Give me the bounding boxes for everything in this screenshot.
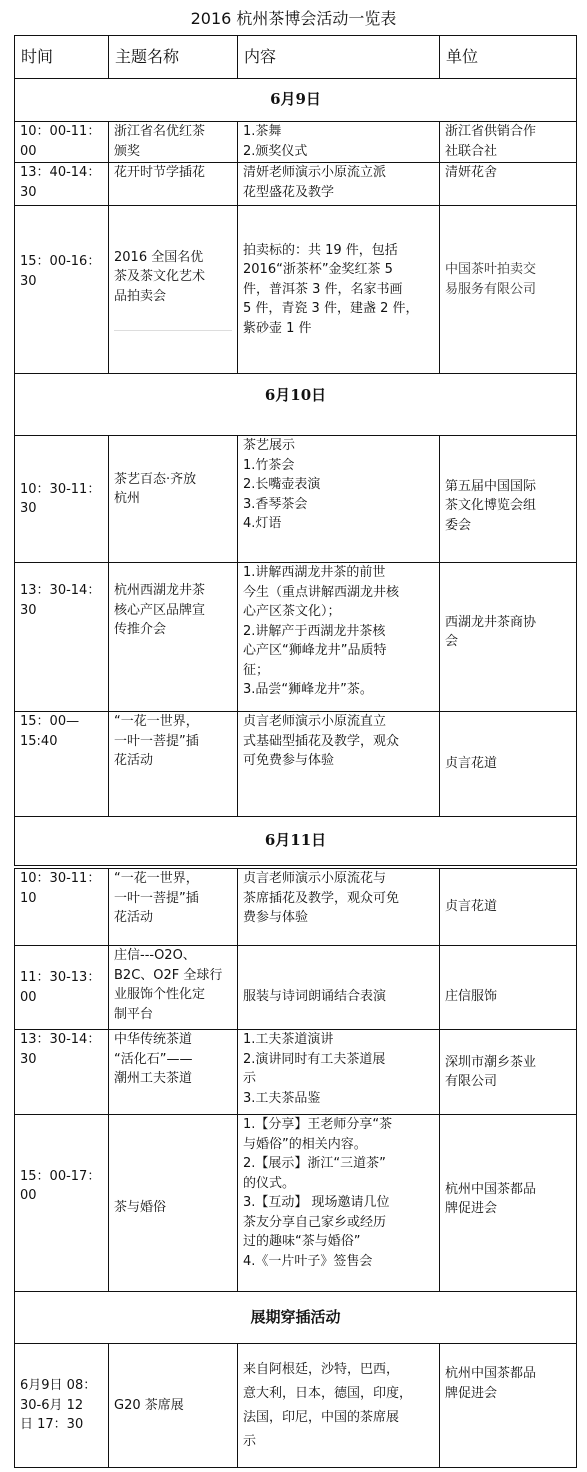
table-row: 10：00-11： 00 浙江省名优红茶 颁奖 1.茶舞 2.颁奖仪式 浙江省供…	[15, 122, 577, 163]
cell-theme: G20 茶席展	[109, 1344, 238, 1468]
cell-org: 杭州中国茶都品 牌促进会	[440, 1344, 577, 1468]
cell-content: 1.【分享】王老师分享“茶 与婚俗”的相关内容。 2.【展示】浙江“三道茶” 的…	[238, 1115, 440, 1292]
cell-time: 15：00-17： 00	[15, 1115, 109, 1292]
cell-theme: 2016 全国名优 茶及茶文化艺术 品拍卖会	[109, 206, 238, 374]
cell-time: 13：30-14： 30	[15, 1030, 109, 1115]
table-row: 15：00-17： 00 茶与婚俗 1.【分享】王老师分享“茶 与婚俗”的相关内…	[15, 1115, 577, 1292]
section-date-jun10: 6月10日	[15, 374, 577, 436]
cell-time-text: 15：00-17： 00	[20, 1167, 103, 1206]
section-date-jun9: 6月9日	[15, 79, 577, 122]
header-theme: 主题名称	[109, 36, 238, 79]
table-row: 15：00— 15:40 “一花一世界， 一叶一菩提”插 花活动 贞言老师演示小…	[15, 712, 577, 817]
cell-org-text: 第五届中国国际 茶文化博览会组 委会	[445, 477, 571, 536]
cell-time: 10：00-11： 00	[15, 122, 109, 163]
cell-org: 第五届中国国际 茶文化博览会组 委会	[440, 436, 577, 563]
table-row: 10：30-11： 30 茶艺百态·齐放 杭州 茶艺展示 1.竹茶会 2.长嘴壶…	[15, 436, 577, 563]
table-row: 15：00-16： 30 2016 全国名优 茶及茶文化艺术 品拍卖会 拍卖标的…	[15, 206, 577, 374]
cell-content: 1.工夫茶道演讲 2.演讲同时有工夫茶道展 示 3.工夫茶品鉴	[238, 1030, 440, 1115]
cell-org: 西湖龙井茶商协 会	[440, 563, 577, 712]
cell-theme: “一花一世界， 一叶一菩提”插 花活动	[109, 712, 238, 817]
cell-org-text: 西湖龙井茶商协 会	[445, 613, 571, 652]
cell-time: 15：00-16： 30	[15, 206, 109, 374]
section-row: 6月9日	[15, 79, 577, 122]
cell-theme: 浙江省名优红茶 颁奖	[109, 122, 238, 163]
cell-time: 13：30-14： 30	[15, 563, 109, 712]
section-date-jun11: 6月11日	[15, 817, 577, 866]
cell-org: 贞言花道	[440, 712, 577, 817]
cell-content: 1.茶舞 2.颁奖仪式	[238, 122, 440, 163]
schedule-table-part2: 10：30-11： 10 “一花一世界， 一叶一菩提”插 花活动 贞言老师演示小…	[14, 868, 577, 1468]
table-row: 13：40-14： 30 花开时节学插花 清妍老师演示小原流立派 花型盛花及教学…	[15, 163, 577, 206]
cell-org-text: 庄信服饰	[445, 987, 571, 1007]
cell-content: 拍卖标的：共 19 件，包括 2016“浙茶杯”金奖红茶 5 件，普洱茶 3 件…	[238, 206, 440, 374]
cell-org: 浙江省供销合作 社联合社	[440, 122, 577, 163]
schedule-table-part1: 时间 主题名称 内容 单位 6月9日 10：00-11： 00 浙江省名优红茶 …	[14, 35, 577, 866]
header-time: 时间	[15, 36, 109, 79]
page-title: 2016 杭州茶博会活动一览表	[0, 6, 587, 29]
cell-time: 13：40-14： 30	[15, 163, 109, 206]
cell-theme-text: 2016 全国名优 茶及茶文化艺术 品拍卖会	[114, 248, 232, 307]
cell-org-text: 杭州中国茶都品 牌促进会	[445, 1364, 571, 1403]
table-row: 13：30-14： 30 杭州西湖龙井茶 核心产区品牌宣 传推介会 1.讲解西湖…	[15, 563, 577, 712]
cell-theme: “一花一世界， 一叶一菩提”插 花活动	[109, 869, 238, 946]
cell-theme-text: 茶与婚俗	[114, 1198, 232, 1218]
section-row: 展期穿插活动	[15, 1292, 577, 1344]
cell-theme: 中华传统茶道 “活化石”—— 潮州工夫茶道	[109, 1030, 238, 1115]
section-row: 6月10日	[15, 374, 577, 436]
cell-theme: 茶与婚俗	[109, 1115, 238, 1292]
cell-time: 10：30-11： 30	[15, 436, 109, 563]
cell-theme-text: 茶艺百态·齐放 杭州	[114, 470, 232, 509]
cell-content: 1.讲解西湖龙井茶的前世 今生（重点讲解西湖龙井核 心产区茶文化）； 2.讲解产…	[238, 563, 440, 712]
cell-theme-text: 杭州西湖龙井茶 核心产区品牌宣 传推介会	[114, 581, 232, 640]
table-row: 11：30-13： 00 庄信---O2O、 B2C、O2F 全球行 业服饰个性…	[15, 946, 577, 1030]
section-interstitial-activities: 展期穿插活动	[15, 1292, 577, 1344]
cell-time-text: 13：30-14： 30	[20, 581, 103, 620]
table-row: 10：30-11： 10 “一花一世界， 一叶一菩提”插 花活动 贞言老师演示小…	[15, 869, 577, 946]
cell-theme: 杭州西湖龙井茶 核心产区品牌宣 传推介会	[109, 563, 238, 712]
cell-content-text: 服装与诗词朗诵结合表演	[243, 987, 434, 1007]
cell-org: 清妍花舍	[440, 163, 577, 206]
cell-content: 服装与诗词朗诵结合表演	[238, 946, 440, 1030]
header-org: 单位	[440, 36, 577, 79]
cell-content: 茶艺展示 1.竹茶会 2.长嘴壶表演 3.香琴茶会 4.灯语	[238, 436, 440, 563]
header-row: 时间 主题名称 内容 单位	[15, 36, 577, 79]
cell-content: 来自阿根廷，沙特，巴西， 意大利，日本，德国，印度， 法国，印尼，中国的茶席展 …	[238, 1344, 440, 1468]
cell-org: 中国茶叶拍卖交 易服务有限公司	[440, 206, 577, 374]
cell-org-text: 杭州中国茶都品 牌促进会	[445, 1180, 571, 1219]
decorative-divider	[114, 330, 232, 331]
cell-time-text: 15：00-16： 30	[20, 252, 103, 291]
cell-theme: 茶艺百态·齐放 杭州	[109, 436, 238, 563]
cell-org: 杭州中国茶都品 牌促进会	[440, 1115, 577, 1292]
cell-theme: 花开时节学插花	[109, 163, 238, 206]
cell-org: 庄信服饰	[440, 946, 577, 1030]
cell-time: 15：00— 15:40	[15, 712, 109, 817]
table-row: 13：30-14： 30 中华传统茶道 “活化石”—— 潮州工夫茶道 1.工夫茶…	[15, 1030, 577, 1115]
cell-time: 6月9日 08： 30-6月 12 日 17：30	[15, 1344, 109, 1468]
cell-content: 清妍老师演示小原流立派 花型盛花及教学	[238, 163, 440, 206]
cell-time: 11：30-13： 00	[15, 946, 109, 1030]
section-row: 6月11日	[15, 817, 577, 866]
cell-org: 深圳市潮乡茶业 有限公司	[440, 1030, 577, 1115]
cell-org-text: 中国茶叶拍卖交 易服务有限公司	[445, 260, 571, 299]
cell-org: 贞言花道	[440, 869, 577, 946]
header-content: 内容	[238, 36, 440, 79]
table-row: 6月9日 08： 30-6月 12 日 17：30 G20 茶席展 来自阿根廷，…	[15, 1344, 577, 1468]
cell-content: 贞言老师演示小原流直立 式基础型插花及教学，观众 可免费参与体验	[238, 712, 440, 817]
cell-theme: 庄信---O2O、 B2C、O2F 全球行 业服饰个性化定 制平台	[109, 946, 238, 1030]
cell-time: 10：30-11： 10	[15, 869, 109, 946]
cell-content: 贞言老师演示小原流花与 茶席插花及教学，观众可免 费参与体验	[238, 869, 440, 946]
